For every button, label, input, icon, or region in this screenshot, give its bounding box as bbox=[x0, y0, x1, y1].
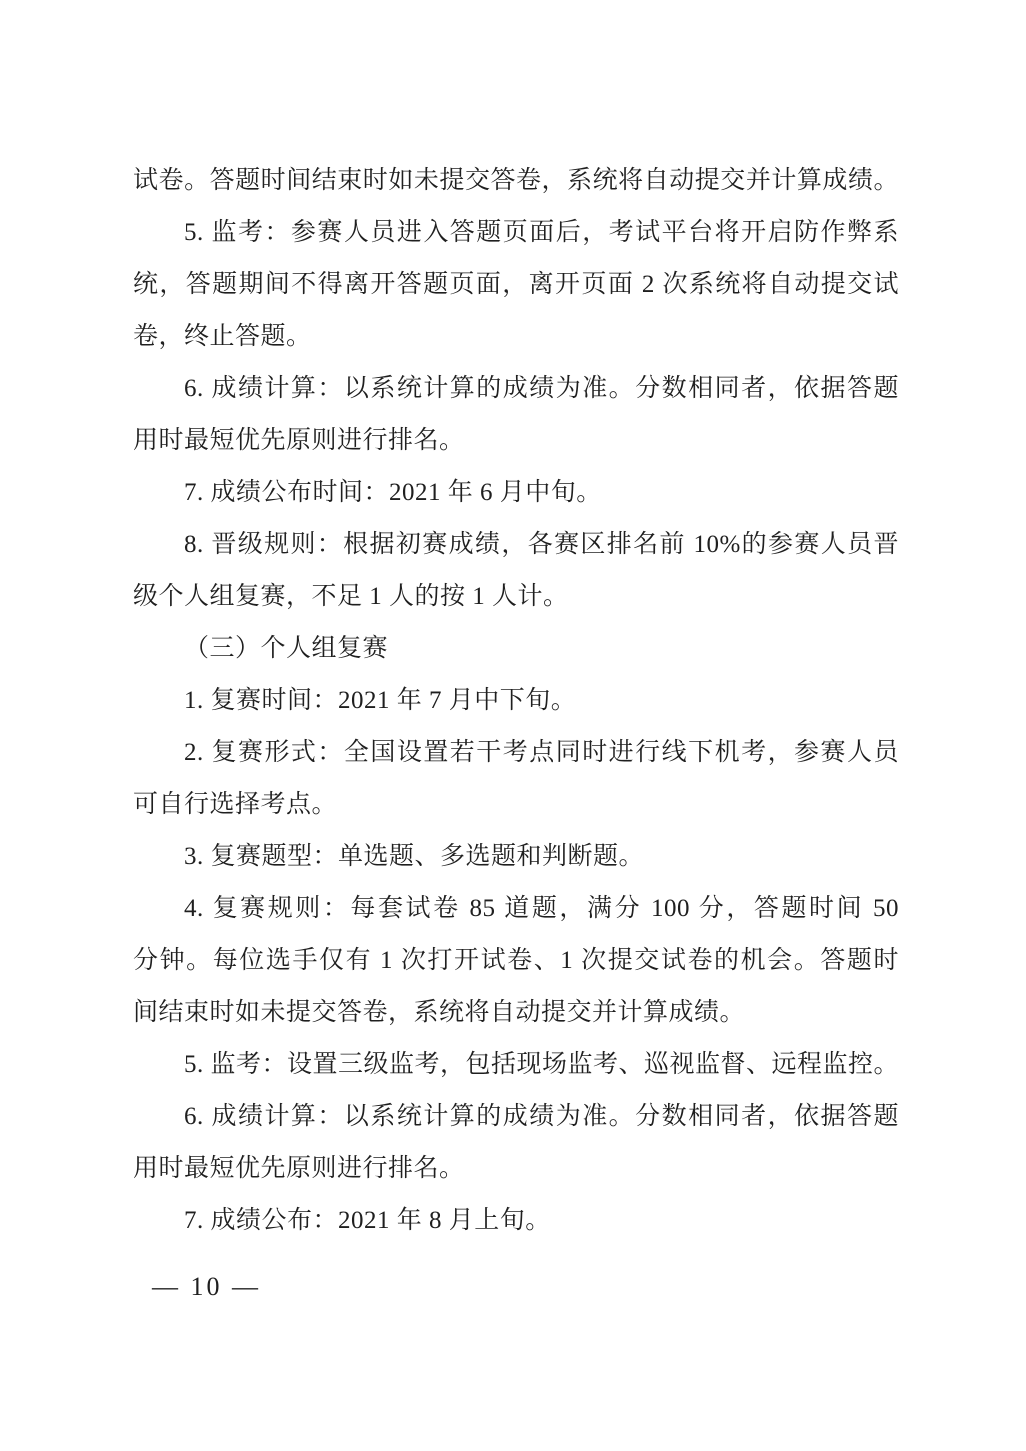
section-heading: （三）个人组复赛 bbox=[133, 623, 899, 675]
text-line: 可自行选择考点。 bbox=[133, 779, 899, 831]
text-line: 7. 成绩公布时间：2021 年 6 月中旬。 bbox=[133, 467, 899, 519]
text-line: 级个人组复赛，不足 1 人的按 1 人计。 bbox=[133, 571, 899, 623]
document-body: 试卷。答题时间结束时如未提交答卷，系统将自动提交并计算成绩。 5. 监考：参赛人… bbox=[133, 155, 899, 1247]
page-number: — 10 — bbox=[152, 1272, 261, 1302]
text-line: 3. 复赛题型：单选题、多选题和判断题。 bbox=[133, 831, 899, 883]
text-line: 7. 成绩公布：2021 年 8 月上旬。 bbox=[133, 1195, 899, 1247]
text-line: 2. 复赛形式：全国设置若干考点同时进行线下机考，参赛人员 bbox=[133, 727, 899, 779]
text-line: 用时最短优先原则进行排名。 bbox=[133, 1143, 899, 1195]
text-line: 间结束时如未提交答卷，系统将自动提交并计算成绩。 bbox=[133, 987, 899, 1039]
text-line: 1. 复赛时间：2021 年 7 月中下旬。 bbox=[133, 675, 899, 727]
text-line: 6. 成绩计算：以系统计算的成绩为准。分数相同者，依据答题 bbox=[133, 1091, 899, 1143]
text-line: 卷，终止答题。 bbox=[133, 311, 899, 363]
text-line: 用时最短优先原则进行排名。 bbox=[133, 415, 899, 467]
text-line: 统，答题期间不得离开答题页面，离开页面 2 次系统将自动提交试 bbox=[133, 259, 899, 311]
text-line: 分钟。每位选手仅有 1 次打开试卷、1 次提交试卷的机会。答题时 bbox=[133, 935, 899, 987]
text-line: 4. 复赛规则：每套试卷 85 道题，满分 100 分，答题时间 50 bbox=[133, 883, 899, 935]
text-line: 5. 监考：设置三级监考，包括现场监考、巡视监督、远程监控。 bbox=[133, 1039, 899, 1091]
text-line: 5. 监考：参赛人员进入答题页面后，考试平台将开启防作弊系 bbox=[133, 207, 899, 259]
text-line: 8. 晋级规则：根据初赛成绩，各赛区排名前 10%的参赛人员晋 bbox=[133, 519, 899, 571]
text-line: 6. 成绩计算：以系统计算的成绩为准。分数相同者，依据答题 bbox=[133, 363, 899, 415]
text-line: 试卷。答题时间结束时如未提交答卷，系统将自动提交并计算成绩。 bbox=[133, 155, 899, 207]
